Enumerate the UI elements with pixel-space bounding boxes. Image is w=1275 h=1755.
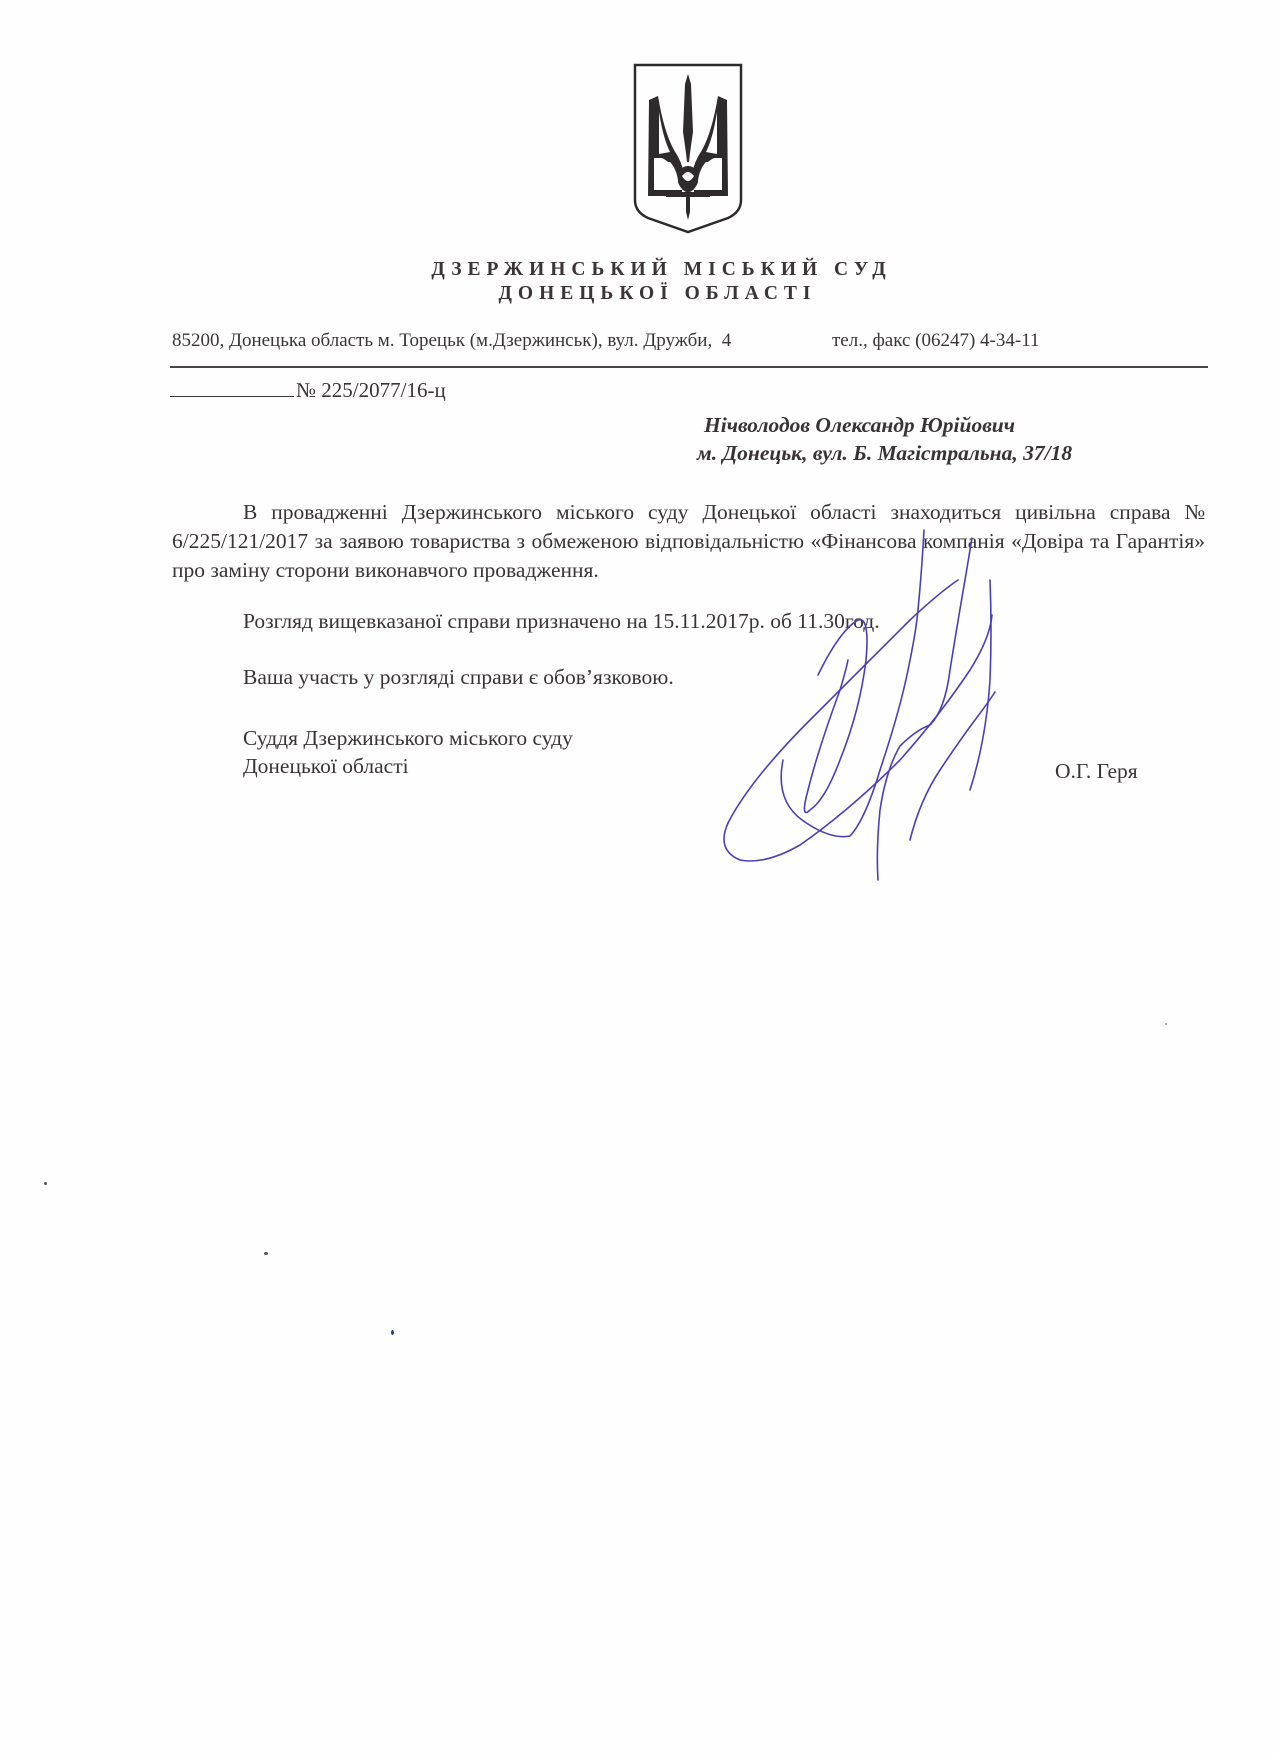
recipient-name: Нічволодов Олександр Юрійович [704, 413, 1015, 438]
body-paragraph-hearing-date: Розгляд вищевказаної справи призначено н… [243, 609, 880, 634]
judge-title-line1: Суддя Дзержинського міського суду [243, 724, 573, 752]
scan-speck [391, 1330, 394, 1335]
header-divider [170, 366, 1208, 368]
reference-number: № 225/2077/16-ц [296, 378, 446, 402]
scan-speck [264, 1252, 268, 1255]
coat-of-arms-icon [632, 62, 744, 234]
date-blank-line [170, 380, 294, 397]
body-paragraph-attendance: Ваша участь у розгляді справи є обов’язк… [243, 665, 674, 690]
body-paragraph-case-info: В провадженні Дзержинського міського суд… [172, 498, 1205, 585]
scan-speck [1165, 1023, 1167, 1025]
court-name-line2: ДОНЕЦЬКОЇ ОБЛАСТІ [0, 283, 1275, 305]
scan-speck [44, 1182, 47, 1185]
outgoing-reference: № 225/2077/16-ц [170, 378, 446, 403]
court-address: 85200, Донецька область м. Торецьк (м.Дз… [172, 330, 731, 352]
court-name-line1: ДЗЕРЖИНСЬКИЙ МІСЬКИЙ СУД [0, 259, 1275, 281]
judge-name: О.Г. Геря [1055, 759, 1138, 784]
judge-title: Суддя Дзержинського міського суду Донець… [243, 724, 573, 780]
judge-title-line2: Донецької області [243, 752, 573, 780]
court-phone-fax: тел., факс (06247) 4-34-11 [832, 330, 1040, 352]
recipient-address: м. Донецьк, вул. Б. Магістральна, 37/18 [697, 441, 1072, 466]
